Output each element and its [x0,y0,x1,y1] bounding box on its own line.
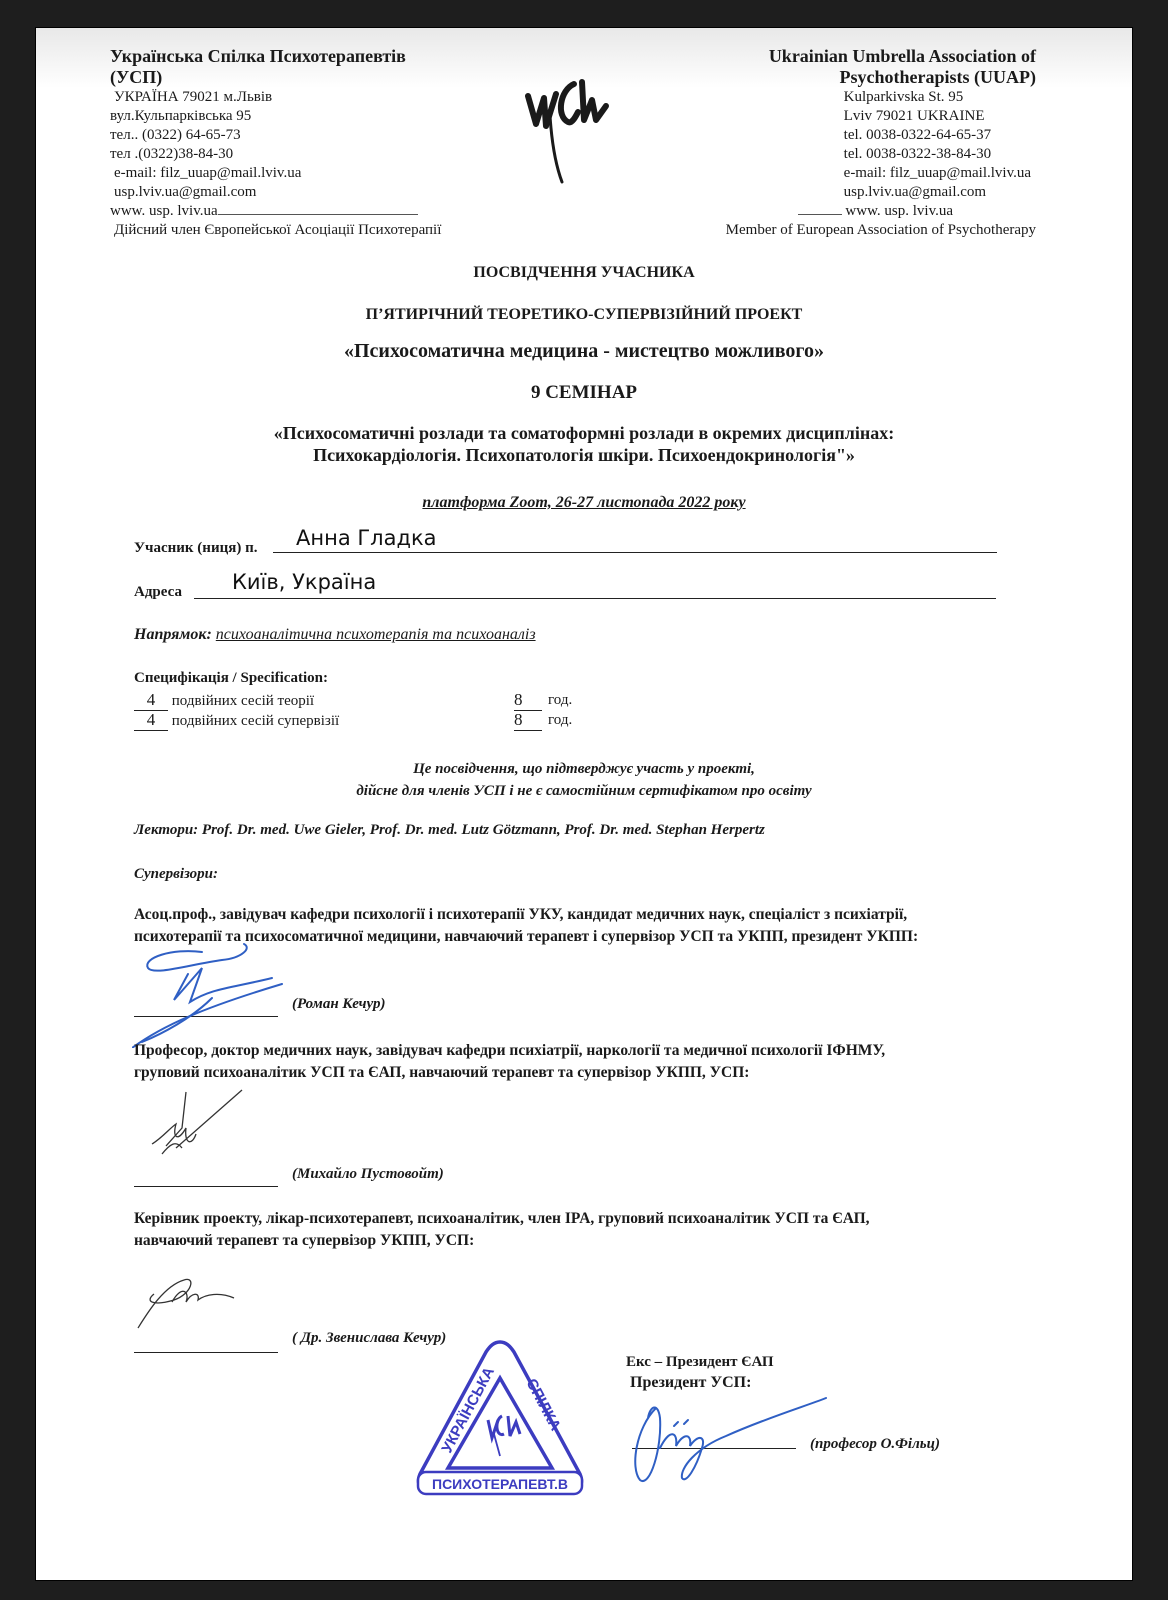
supervisor-2-name: (Михайло Пустовойт) [292,1166,444,1183]
svg-text:ПСИХОТЕРАПЕВТ.В: ПСИХОТЕРАПЕВТ.В [432,1476,568,1492]
org-name-ua: Українська Спілка Психотерапевтів [110,46,441,67]
org-abbr-ua: (УСП) [110,67,441,88]
email-line: e-mail: filz_uuap@mail.lviv.ua [844,164,1036,183]
svg-text:УКРАЇНСЬКА: УКРАЇНСЬКА [439,1364,498,1456]
spec-unit: год. [548,690,572,710]
specification-rows: 4 подвійних сесій теорії 8 год. 4 подвій… [134,690,339,730]
spec-label: подвійних сесій супервізії [172,713,339,729]
address-line: УКРАЇНА 79021 м.Львів [110,88,441,107]
president-line-1: Екс – Президент ЄАП [626,1354,774,1371]
seminar-topic: «Психосоматичні розлади та соматоформні … [36,422,1132,466]
spec-count: 4 [134,710,168,731]
address-line: вул.Кульпарківська 95 [110,107,441,126]
notice-line: Це посвідчення, що підтверджує участь у … [36,758,1132,780]
signature-icon [132,938,332,1048]
participant-label: Учасник (ниця) п. [134,540,257,557]
participant-name-value: Анна Гладка [296,526,437,550]
lecturers: Лектори: Prof. Dr. med. Uwe Gieler, Prof… [134,822,765,839]
supervisor-title-line: Асоц.проф., завідувач кафедри психології… [134,904,918,926]
spec-hours: 8 [514,690,542,711]
email-line: usp.lviv.ua@gmail.com [110,183,441,202]
header-right: Ukrainian Umbrella Association of Psycho… [726,46,1036,240]
ucm-logo-icon [522,76,612,191]
membership-ua: Дійсний член Європейської Асоціації Псих… [110,221,441,240]
supervisor-2-title: Професор, доктор медичних наук, завідува… [134,1040,885,1084]
address-line: Lviv 79021 UKRAINE [844,107,1036,126]
specification-label: Специфікація / Specification: [134,670,328,687]
signature-line [134,1334,278,1353]
website-line: www. usp. lviv.ua [110,203,218,219]
supervisor-title-line: Керівник проекту, лікар-психотерапевт, п… [134,1208,870,1230]
notice: Це посвідчення, що підтверджує участь у … [36,758,1132,802]
org-name-en-2: Psychotherapists (UUAP) [726,67,1036,88]
direction: Напрямок: психоаналітична психотерапія т… [134,626,536,644]
org-name-en: Ukrainian Umbrella Association of [726,46,1036,67]
supervisors-label: Супервізори: [134,866,218,883]
email-line: e-mail: filz_uuap@mail.lviv.ua [110,164,441,183]
project-name: «Психосоматична медицина - мистецтво мож… [36,340,1132,363]
direction-label: Напрямок: [134,626,212,643]
website-line: www. usp. lviv.ua [845,203,953,219]
spec-row: 4 подвійних сесій супервізії 8 год. [134,710,339,730]
signature-icon [146,1088,246,1158]
doc-type-title: ПОСВІДЧЕННЯ УЧАСНИКА [36,264,1132,282]
email-line: usp.lviv.ua@gmail.com [844,183,1036,202]
certificate-page: Українська Спілка Психотерапевтів (УСП) … [36,28,1132,1580]
phone-line: тел.. (0322) 64-65-73 [110,126,441,145]
stamp-icon: УКРАЇНСЬКА СПІЛКА ПСИХОТЕРАПЕВТ.В [410,1334,590,1504]
supervisor-title-line: навчаючий терапевт та супервізор УКПП, У… [134,1230,870,1252]
address-value: Київ, Україна [232,570,376,594]
supervisor-title-line: Професор, доктор медичних наук, завідува… [134,1040,885,1062]
spec-count: 4 [134,690,168,711]
supervisor-3-title: Керівник проекту, лікар-психотерапевт, п… [134,1208,870,1252]
supervisor-title-line: груповий психоаналітик УСП та ЄАП, навча… [134,1062,885,1084]
phone-line: tel. 0038-0322-38-84-30 [844,145,1036,164]
project-title: П’ЯТИРІЧНИЙ ТЕОРЕТИКО-СУПЕРВІЗІЙНИЙ ПРОЕ… [36,306,1132,324]
address-label: Адреса [134,584,182,601]
direction-value: психоаналітична психотерапія та психоана… [216,626,536,643]
signature-icon [626,1388,836,1488]
seminar-topic-line: «Психосоматичні розлади та соматоформні … [36,422,1132,444]
notice-line: дійсне для членів УСП і не є самостійним… [36,780,1132,802]
spec-unit: год. [548,710,572,730]
address-line: Kulparkivska St. 95 [844,88,1036,107]
spec-row: 4 подвійних сесій теорії 8 год. [134,690,339,710]
seminar-topic-line: Психокардіологія. Психопатологія шкіри. … [36,444,1132,466]
signature-line [134,1168,278,1187]
signature-icon [134,1272,274,1332]
header-left: Українська Спілка Психотерапевтів (УСП) … [110,46,441,240]
seminar-number: 9 СЕМІНАР [36,382,1132,404]
spec-hours: 8 [514,710,542,731]
membership-en: Member of European Association of Psycho… [726,221,1036,240]
platform-date: платформа Zoom, 26-27 листопада 2022 рок… [36,494,1132,512]
spec-label: подвійних сесій теорії [172,693,314,709]
phone-line: тел .(0322)38-84-30 [110,145,441,164]
phone-line: tel. 0038-0322-64-65-37 [844,126,1036,145]
